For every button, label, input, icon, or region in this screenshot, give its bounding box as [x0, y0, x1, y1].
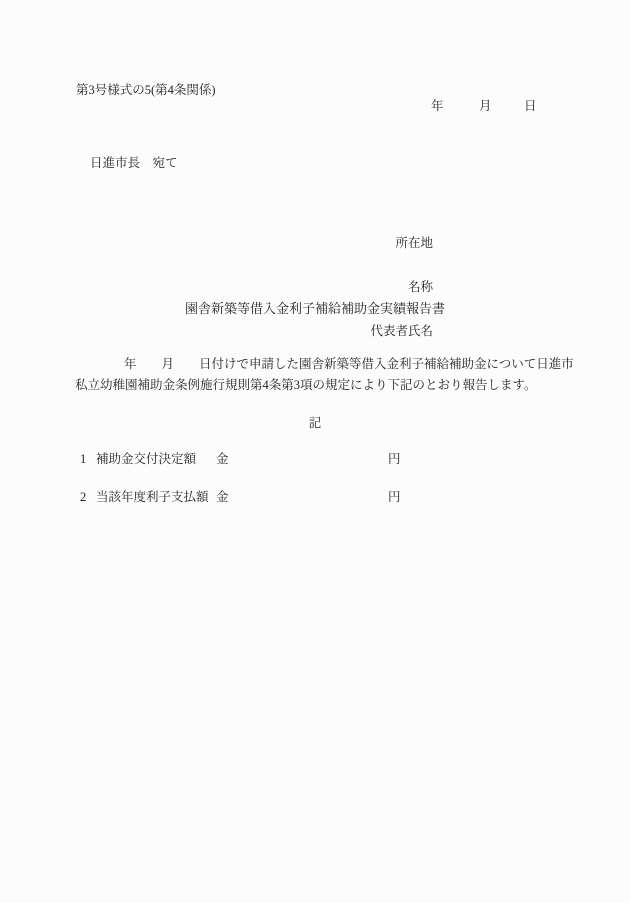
- document-title: 園舎新築等借入金利子補給補助金実績報告書: [0, 302, 630, 315]
- item-1-currency-prefix: 金: [216, 453, 229, 466]
- item-1-unit: 円: [388, 453, 401, 466]
- sender-name-label: 名称: [370, 281, 433, 294]
- date-month-label: 月: [479, 100, 492, 113]
- body-paragraph-line-2: 私立幼稚園補助金条例施行規則第4条第3項の規定により下記のとおり報告します。: [75, 379, 537, 392]
- date-day-label: 日: [524, 100, 537, 113]
- sender-address-label: 所在地: [370, 237, 433, 250]
- document-page: 第3号様式の5(第4条関係) 年 月 日 日進市長 宛て 所在地 名称 代表者氏…: [0, 0, 630, 903]
- body-paragraph-line-1: 年 月 日付けで申請した園舎新築等借入金利子補給補助金について日進市: [124, 358, 574, 371]
- item-1-label: 補助金交付決定額: [96, 453, 196, 466]
- sender-representative-label: 代表者氏名: [370, 325, 433, 338]
- item-2-currency-prefix: 金: [216, 491, 229, 504]
- item-row-2: 2 当該年度利子支払額 金 円: [0, 491, 630, 505]
- item-row-1: 1 補助金交付決定額 金 円: [0, 453, 630, 467]
- sender-block: 所在地 名称 代表者氏名: [370, 212, 433, 369]
- date-year-label: 年: [431, 100, 444, 113]
- item-2-label: 当該年度利子支払額: [96, 491, 209, 504]
- item-2-number: 2: [80, 491, 86, 504]
- item-1-number: 1: [80, 453, 86, 466]
- form-number: 第3号様式の5(第4条関係): [76, 84, 216, 97]
- addressee-line: 日進市長 宛て: [90, 157, 178, 170]
- item-2-unit: 円: [388, 491, 401, 504]
- record-marker: 記: [0, 417, 630, 430]
